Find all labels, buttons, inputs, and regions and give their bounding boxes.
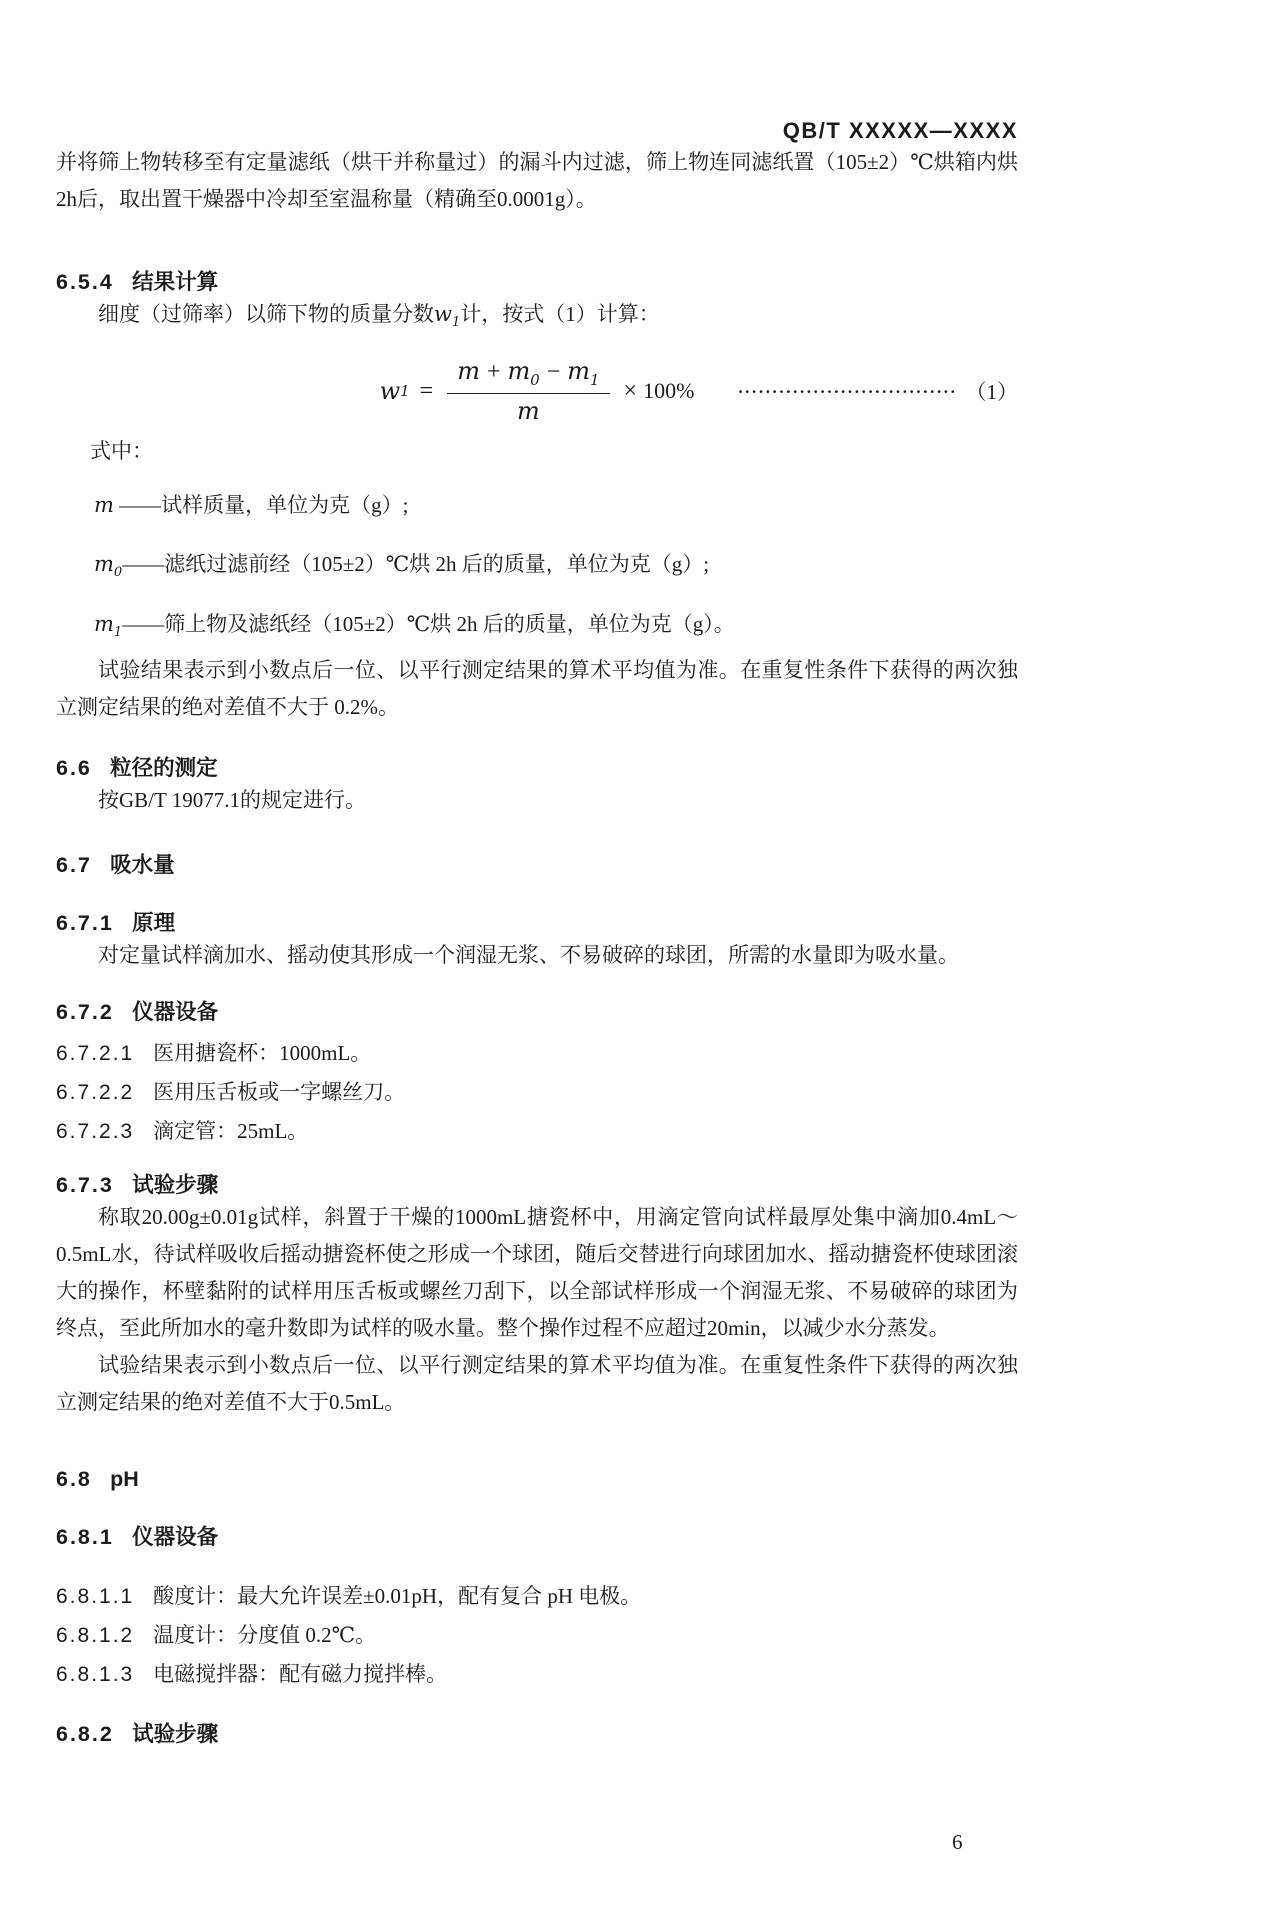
clause-number: 6.8 <box>56 1467 92 1491</box>
page-content: QB/T XXXXX—XXXX 并将筛上物转移至有定量滤纸（烘干并称量过）的漏斗… <box>56 118 1018 1748</box>
equation-leader: ................................ （1） <box>694 376 1018 406</box>
item-text: 电磁搅拌器：配有磁力搅拌棒。 <box>153 1662 447 1686</box>
clause-number: 6.8.1 <box>56 1525 114 1549</box>
def-text-m0: ——滤纸过滤前经（105±2）℃烘 2h 后的质量，单位为克（g）; <box>122 552 709 576</box>
fraction: m+m0−m1 m <box>447 357 609 425</box>
clause-number: 6.8.2 <box>56 1722 114 1746</box>
clause-title: 吸水量 <box>110 853 175 877</box>
clause-title: 粒径的测定 <box>110 756 218 780</box>
equation-number: （1） <box>966 376 1019 406</box>
fraction-denominator: m <box>517 394 540 425</box>
clause-number: 6.7.3 <box>56 1173 114 1197</box>
item-text: 温度计：分度值 0.2℃。 <box>153 1623 376 1647</box>
var-m: m <box>457 357 480 385</box>
item-text: 医用压舌板或一字螺丝刀。 <box>153 1080 405 1104</box>
minus-sign: − <box>547 359 561 385</box>
var-m0-sub: 0 <box>530 371 539 389</box>
def-text-m: ——试样质量，单位为克（g）; <box>114 493 409 517</box>
heading-6-5-4: 6.5.4结果计算 <box>56 268 1018 296</box>
dot-leader: ................................ <box>738 378 957 398</box>
paragraph-result-note-673: 试验结果表示到小数点后一位、以平行测定结果的算术平均值为准。在重复性条件下获得的… <box>56 1347 1018 1421</box>
heading-6-6: 6.6粒径的测定 <box>56 754 1018 782</box>
clause-title: 仪器设备 <box>132 1000 218 1024</box>
definition-m1: m1——筛上物及滤纸经（105±2）℃烘 2h 后的质量，单位为克（g）。 <box>56 605 1018 652</box>
var-m1: m <box>567 357 590 385</box>
def-sym-m1: m <box>94 612 114 636</box>
paragraph-fineness-intro: 细度（过筛率）以筛下物的质量分数w1计，按式（1）计算： <box>56 296 1018 341</box>
heading-6-7: 6.7吸水量 <box>56 851 1018 879</box>
clause-number: 6.5.4 <box>56 270 114 294</box>
heading-6-7-2: 6.7.2仪器设备 <box>56 998 1018 1026</box>
list-item: 6.8.1.2温度计：分度值 0.2℃。 <box>56 1616 1018 1655</box>
clause-title: 仪器设备 <box>132 1525 218 1549</box>
clause-title: 试验步骤 <box>132 1173 218 1197</box>
item-number: 6.7.2.1 <box>56 1042 134 1065</box>
def-sym-m: m <box>94 493 114 517</box>
equals-sign: = <box>420 378 434 405</box>
list-item: 6.7.2.2医用压舌板或一字螺丝刀。 <box>56 1073 1018 1112</box>
list-item: 6.7.2.1医用搪瓷杯：1000mL。 <box>56 1034 1018 1073</box>
clause-number: 6.6 <box>56 756 92 780</box>
def-sym-m0: m <box>94 552 114 576</box>
fineness-text-post: 计，按式（1）计算： <box>460 302 660 326</box>
clause-number: 6.7.2 <box>56 1000 114 1024</box>
item-number: 6.8.1.1 <box>56 1585 134 1608</box>
item-number: 6.8.1.2 <box>56 1624 134 1647</box>
var-w-sub: 1 <box>400 382 409 400</box>
clause-title: pH <box>110 1467 139 1491</box>
plus-sign: + <box>487 359 501 385</box>
def-text-m1: ——筛上物及滤纸经（105±2）℃烘 2h 后的质量，单位为克（g）。 <box>122 612 735 636</box>
clause-number: 6.7.1 <box>56 911 114 935</box>
heading-6-8-2: 6.8.2试验步骤 <box>56 1720 1018 1748</box>
paragraph-6-7-1: 对定量试样滴加水、摇动使其形成一个润湿无浆、不易破碎的球团，所需的水量即为吸水量… <box>56 937 1018 974</box>
list-item: 6.8.1.1酸度计：最大允许误差±0.01pH，配有复合 pH 电极。 <box>56 1577 1018 1616</box>
heading-6-7-1: 6.7.1原理 <box>56 909 1018 937</box>
equation-body: w1 = m+m0−m1 m × 100% <box>380 357 695 425</box>
standard-number-header: QB/T XXXXX—XXXX <box>56 118 1018 144</box>
item-number: 6.7.2.3 <box>56 1120 134 1143</box>
var-w: w <box>380 377 401 405</box>
def-sym-m0-sub: 0 <box>114 566 122 581</box>
apparatus-list-6-8-1: 6.8.1.1酸度计：最大允许误差±0.01pH，配有复合 pH 电极。 6.8… <box>56 1577 1018 1694</box>
item-text: 医用搪瓷杯：1000mL。 <box>153 1041 371 1065</box>
clause-title: 试验步骤 <box>132 1722 218 1746</box>
heading-6-8: 6.8pH <box>56 1465 1018 1493</box>
equation-1: w1 = m+m0−m1 m × 100% ..................… <box>56 349 1018 433</box>
definition-m0: m0——滤纸过滤前经（105±2）℃烘 2h 后的质量，单位为克（g）; <box>56 545 1018 592</box>
def-sym-m1-sub: 1 <box>114 625 122 640</box>
var-m1-sub: 1 <box>590 371 599 389</box>
paragraph-continuation: 并将筛上物转移至有定量滤纸（烘干并称量过）的漏斗内过滤，筛上物连同滤纸置（105… <box>56 144 1018 218</box>
percent-value: 100% <box>643 378 694 404</box>
paragraph-6-6: 按GB/T 19077.1的规定进行。 <box>56 782 1018 819</box>
document-page: QB/T XXXXX—XXXX 并将筛上物转移至有定量滤纸（烘干并称量过）的漏斗… <box>0 0 1280 1916</box>
where-label: 式中： <box>56 433 1018 470</box>
clause-title: 原理 <box>132 911 175 935</box>
list-item: 6.7.2.3滴定管：25mL。 <box>56 1112 1018 1151</box>
paragraph-6-7-3-steps: 称取20.00g±0.01g试样，斜置于干燥的1000mL搪瓷杯中，用滴定管向试… <box>56 1199 1018 1347</box>
fineness-text-pre: 细度（过筛率）以筛下物的质量分数 <box>98 302 434 326</box>
paragraph-result-note-654: 试验结果表示到小数点后一位、以平行测定结果的算术平均值为准。在重复性条件下获得的… <box>56 652 1018 726</box>
fraction-numerator: m+m0−m1 <box>447 357 609 394</box>
page-number: 6 <box>952 1830 963 1855</box>
clause-number: 6.7 <box>56 853 92 877</box>
apparatus-list-6-7-2: 6.7.2.1医用搪瓷杯：1000mL。 6.7.2.2医用压舌板或一字螺丝刀。… <box>56 1034 1018 1151</box>
multiply-sign: × <box>624 378 638 405</box>
item-number: 6.7.2.2 <box>56 1081 134 1104</box>
heading-6-8-1: 6.8.1仪器设备 <box>56 1523 1018 1551</box>
inline-var-w1: w <box>434 302 452 326</box>
definition-m: m ——试样质量，单位为克（g）; <box>56 486 1018 533</box>
heading-6-7-3: 6.7.3试验步骤 <box>56 1171 1018 1199</box>
clause-title: 结果计算 <box>132 270 218 294</box>
list-item: 6.8.1.3电磁搅拌器：配有磁力搅拌棒。 <box>56 1655 1018 1694</box>
item-text: 酸度计：最大允许误差±0.01pH，配有复合 pH 电极。 <box>153 1584 641 1608</box>
var-m0: m <box>508 357 531 385</box>
item-text: 滴定管：25mL。 <box>153 1119 308 1143</box>
item-number: 6.8.1.3 <box>56 1663 134 1686</box>
